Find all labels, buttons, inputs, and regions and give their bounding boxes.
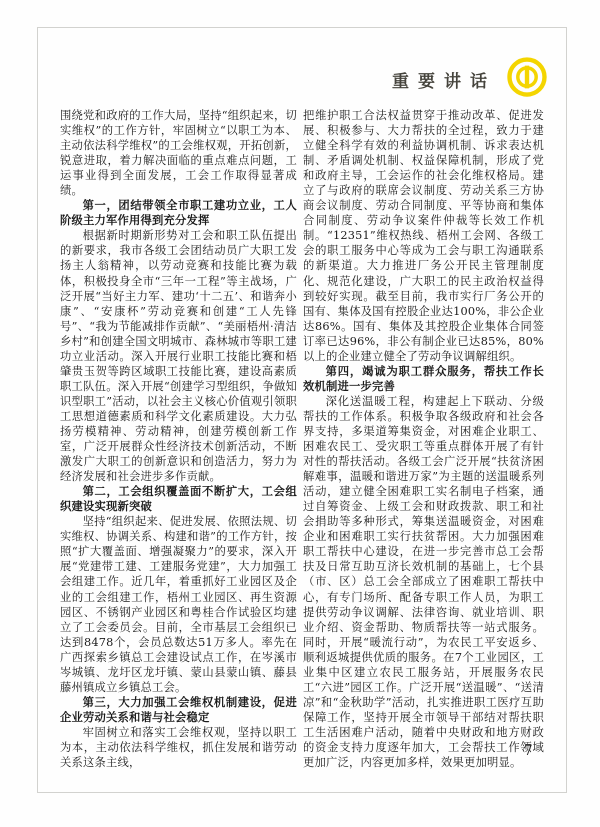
paragraph: 围绕党和政府的工作大局，坚持“组织起来，切实维权”的工作方针，牢固树立“以职工为… <box>60 108 297 198</box>
paragraph: 坚持“组织起来、促进发展、依照法规、切实维权、协调关系、构建和谐”的工作方针，按… <box>60 514 297 695</box>
section-heading: 第四，竭诚为职工群众服务，帮扶工作长效机制进一步完善 <box>303 364 544 394</box>
page-header: 重要讲话 <box>392 56 548 98</box>
paragraph: 牢固树立和落实工会维权观，坚持以职工为本，主动依法科学维权，抓住发展和谐劳动关系… <box>60 725 297 770</box>
paragraph: 深化送温暖工程，构建起上下联动、分级帮扶的工作体系。积极争取各级政府和社会各界支… <box>303 394 544 770</box>
paragraph: 把维护职工合法权益贯穿于推动改革、促进发展、积极参与、大力帮扶的全过程，致力于建… <box>303 108 544 364</box>
header-title: 重要讲话 <box>392 67 496 92</box>
section-heading: 第二，工会组织覆盖面不断扩大，工会组织建设实现新突破 <box>60 484 297 514</box>
paragraph: 根据新时期新形势对工会和职工队伍提出的新要求，我市各级工会团结动员广大职工发扬主… <box>60 228 297 484</box>
document-page: 重要讲话 围绕党和政府的工作大局，坚持“组织起来，切实维权”的工作方针，牢固树立… <box>0 0 600 827</box>
section-heading: 第一，团结带领全市职工建功立业，工人阶级主力军作用得到充分发挥 <box>60 198 297 228</box>
text-column-left: 围绕党和政府的工作大局，坚持“组织起来，切实维权”的工作方针，牢固树立“以职工为… <box>60 108 297 770</box>
section-heading: 第三，大力加强工会维权机制建设，促进企业劳动关系和谐与社会稳定 <box>60 695 297 725</box>
page-number: 7 <box>524 743 533 759</box>
text-column-right: 把维护职工合法权益贯穿于推动改革、促进发展、积极参与、大力帮扶的全过程，致力于建… <box>303 108 544 770</box>
trade-union-emblem-icon <box>506 56 548 98</box>
